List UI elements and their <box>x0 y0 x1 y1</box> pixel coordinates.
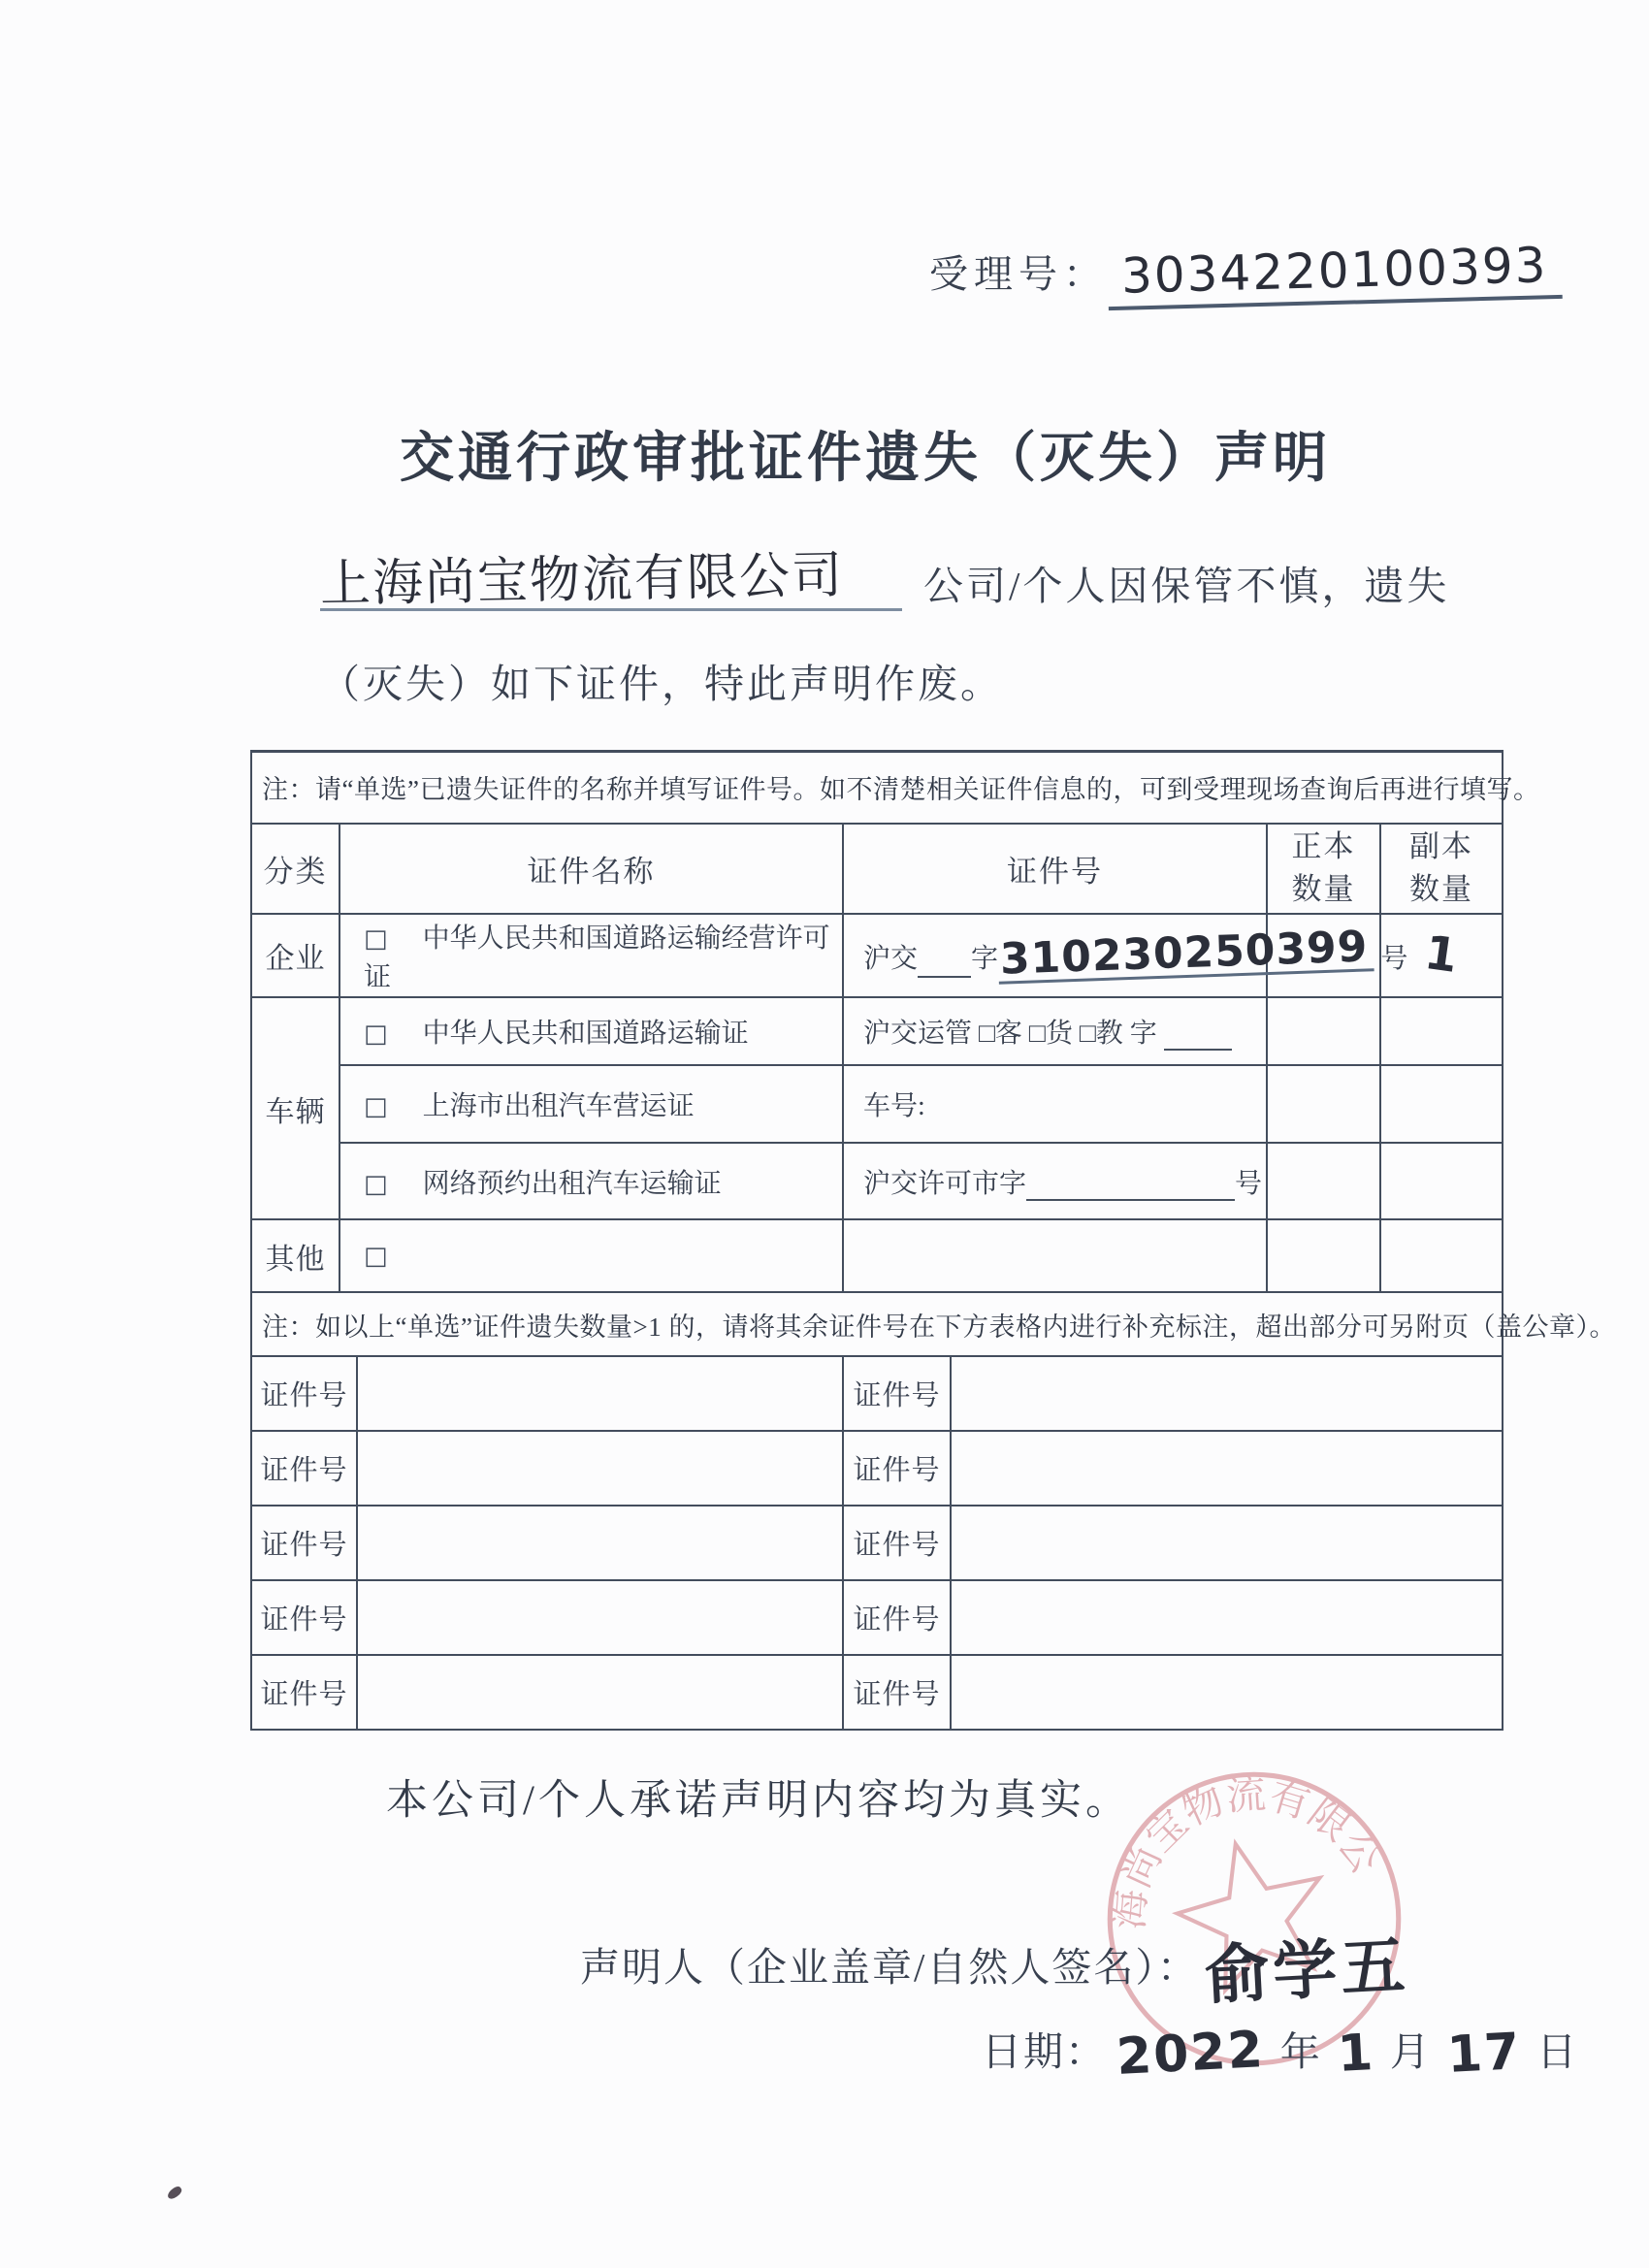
cert-no-blank-cell <box>951 1506 1503 1580</box>
checkbox-icon: □ <box>364 1242 388 1271</box>
cert-no-cell: 沪交许可市字号 <box>843 1143 1267 1219</box>
table-note-2: 注：如以上“单选”证件遗失数量>1 的，请将其余证件号在下方表格内进行补充标注，… <box>251 1292 1503 1356</box>
cert-no-blank-cell <box>951 1356 1503 1431</box>
supplementary-cert-table: 注：如以上“单选”证件遗失数量>1 的，请将其余证件号在下方表格内进行补充标注，… <box>250 1291 1503 1731</box>
cert-no-label: 证件号 <box>843 1431 951 1506</box>
cert-no-blank-cell <box>357 1431 843 1506</box>
table-row: 企业 □中华人民共和国道路运输经营许可证 沪交字310230250399 号 1 <box>251 914 1503 997</box>
cert-no-label: 证件号 <box>251 1356 357 1431</box>
form-title: 交通行政审批证件遗失（灭失）声明 <box>41 415 1649 493</box>
cert-no-blank-cell <box>951 1655 1503 1730</box>
cert-no-label: 证件号 <box>251 1580 357 1655</box>
header-copy-count: 副本 数量 <box>1380 824 1503 915</box>
company-name-blank: 上海尚宝物流有限公司 <box>320 553 902 611</box>
table-row: 证件号 证件号 <box>251 1431 1503 1506</box>
cert-no-cell: 车号: <box>843 1065 1267 1143</box>
date-day-handwritten: 17 <box>1446 2029 1523 2079</box>
cert-no-blank-cell <box>357 1356 843 1431</box>
cert-no-label: 证件号 <box>251 1431 357 1506</box>
copy-count-cell <box>1380 1143 1503 1219</box>
year-unit: 年 <box>1280 2020 1322 2077</box>
company-name-handwritten: 上海尚宝物流有限公司 <box>320 548 845 613</box>
cert-name: 网络预约出租汽车运输证 <box>423 1169 722 1199</box>
copy-count-handwritten: 1 <box>1423 934 1460 976</box>
header-cert-name: 证件名称 <box>339 824 843 915</box>
declarant-line: 声明人（企业盖章/自然人签名）：俞学五 <box>580 1919 1408 2011</box>
original-count-cell <box>1267 1143 1380 1219</box>
blank-line <box>918 947 971 978</box>
acceptance-number-handwritten: 3034220100393 <box>1107 237 1562 310</box>
header-cert-no: 证件号 <box>843 824 1267 915</box>
date-year-handwritten: 2022 <box>1115 2027 1266 2081</box>
table-row: 证件号 证件号 <box>251 1506 1503 1580</box>
blank-line <box>1164 1020 1232 1051</box>
day-unit: 日 <box>1536 2020 1578 2077</box>
cert-no-cell <box>843 1219 1267 1292</box>
cert-name: 中华人民共和国道路运输证 <box>423 1019 749 1049</box>
header-category: 分类 <box>251 824 339 915</box>
cert-no-blank-cell <box>951 1580 1503 1655</box>
table-row: □网络预约出租汽车运输证 沪交许可市字号 <box>251 1143 1503 1219</box>
checkbox-icon: □ <box>364 924 388 954</box>
cert-name-cell: □中华人民共和国道路运输经营许可证 <box>339 914 843 997</box>
date-month-handwritten: 1 <box>1337 2030 1376 2078</box>
original-count-cell <box>1267 1219 1380 1292</box>
category-other: 其他 <box>251 1219 339 1292</box>
cert-no-blank-cell <box>357 1580 843 1655</box>
cert-name: 中华人民共和国道路运输经营许可证 <box>364 923 830 992</box>
table-note-1: 注：请“单选”已遗失证件的名称并填写证件号。如不清楚相关证件信息的，可到受理现场… <box>251 752 1503 824</box>
intro-line-1: 上海尚宝物流有限公司 公司/个人因保管不慎，遗失 <box>320 553 1484 611</box>
category-vehicle: 车辆 <box>251 997 339 1219</box>
certificates-table: 注：请“单选”已遗失证件的名称并填写证件号。如不清楚相关证件信息的，可到受理现场… <box>250 750 1503 1293</box>
declarant-label: 声明人（企业盖章/自然人签名）： <box>580 1945 1199 1990</box>
cert-no-label: 证件号 <box>843 1655 951 1730</box>
cert-no-label: 证件号 <box>843 1356 951 1431</box>
lost-certificates-table: 注：请“单选”已遗失证件的名称并填写证件号。如不清楚相关证件信息的，可到受理现场… <box>250 750 1502 1731</box>
scanned-declaration-form: 受理号： 3034220100393 交通行政审批证件遗失（灭失）声明 上海尚宝… <box>0 0 1649 2268</box>
cert-no-label: 证件号 <box>251 1655 357 1730</box>
cert-name: 上海市出租汽车营运证 <box>423 1091 695 1121</box>
copy-count-cell <box>1380 1065 1503 1143</box>
table-row: 证件号 证件号 <box>251 1580 1503 1655</box>
declarant-signature-handwritten: 俞学五 <box>1203 1914 1411 2017</box>
cert-no-cell: 沪交运管 □客 □货 □教 字 <box>843 997 1267 1065</box>
original-count-cell <box>1267 1065 1380 1143</box>
table-row: □上海市出租汽车营运证 车号: <box>251 1065 1503 1143</box>
acceptance-number-line: 受理号： 3034220100393 <box>929 243 1562 305</box>
table-row: 证件号 证件号 <box>251 1655 1503 1730</box>
table-row: 证件号 证件号 <box>251 1356 1503 1431</box>
cert-no-label: 证件号 <box>843 1580 951 1655</box>
cert-no-blank-cell <box>951 1431 1503 1506</box>
cert-no-blank-cell <box>357 1655 843 1730</box>
blank-line <box>1026 1170 1235 1201</box>
declaration-intro: 上海尚宝物流有限公司 公司/个人因保管不慎，遗失 （灭失）如下证件，特此声明作废… <box>320 553 1484 709</box>
date-line: 日期： 2022 年 1 月 17 日 <box>982 2020 1584 2077</box>
cert-name-cell: □上海市出租汽车营运证 <box>339 1065 843 1143</box>
date-label: 日期： <box>982 2020 1107 2077</box>
table-row: 车辆 □中华人民共和国道路运输证 沪交运管 □客 □货 □教 字 <box>251 997 1503 1065</box>
intro-line-2-text: （灭失）如下证件，特此声明作废。 <box>320 652 1484 709</box>
promise-statement: 本公司/个人承诺声明内容均为真实。 <box>386 1767 1131 1827</box>
table-row: 其他 □ <box>251 1219 1503 1292</box>
cert-no-label: 证件号 <box>251 1506 357 1580</box>
checkbox-icon: □ <box>364 1170 388 1199</box>
month-unit: 月 <box>1390 2020 1432 2077</box>
copy-count-cell <box>1380 997 1503 1065</box>
intro-line-1-text: 公司/个人因保管不慎，遗失 <box>902 554 1449 611</box>
cert-name-cell: □ <box>339 1219 843 1292</box>
checkbox-icon: □ <box>364 1092 388 1121</box>
header-original-count: 正本 数量 <box>1267 824 1380 915</box>
cert-name-cell: □网络预约出租汽车运输证 <box>339 1143 843 1219</box>
copy-count-cell <box>1380 1219 1503 1292</box>
category-enterprise: 企业 <box>251 914 339 997</box>
stray-ink-mark <box>166 2185 183 2201</box>
cert-no-label: 证件号 <box>843 1506 951 1580</box>
acceptance-label: 受理号： <box>929 243 1108 305</box>
cert-name-cell: □中华人民共和国道路运输证 <box>339 997 843 1065</box>
cert-no-cell: 沪交字310230250399 号 <box>843 914 1267 997</box>
original-count-cell <box>1267 997 1380 1065</box>
checkbox-icon: □ <box>364 1020 388 1049</box>
cert-no-blank-cell <box>357 1506 843 1580</box>
